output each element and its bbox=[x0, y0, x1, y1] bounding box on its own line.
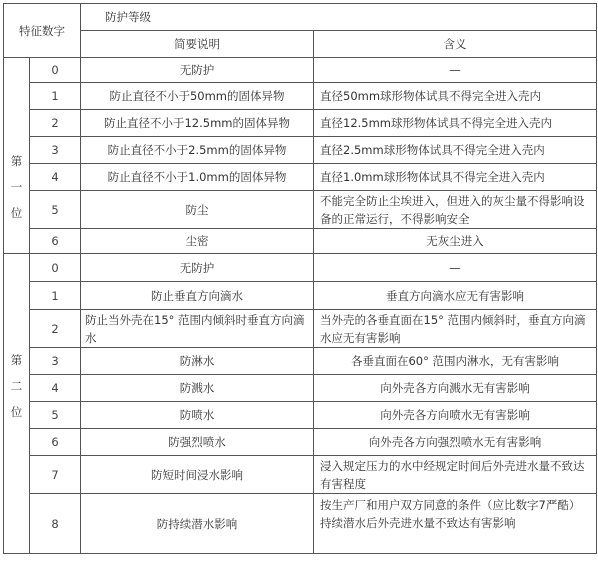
section-label-second-digit: 第 二 位 bbox=[4, 254, 30, 554]
meaning-cell: 向外壳各方向溅水无有害影响 bbox=[314, 375, 597, 402]
table-row: 3 防淋水 各垂直面在60° 范围内淋水，无有害影响 bbox=[4, 348, 597, 375]
table-row: 8 防持续潜水影响 按生产厂和用户双方同意的条件（应比数字7严酷）持续潜水后外壳… bbox=[4, 494, 597, 554]
digit-cell: 2 bbox=[30, 310, 81, 348]
section-label-char: 位 bbox=[4, 399, 29, 425]
brief-cell: 防强烈喷水 bbox=[81, 429, 314, 456]
brief-cell: 防止垂直方向滴水 bbox=[81, 282, 314, 310]
brief-cell: 防持续潜水影响 bbox=[81, 494, 314, 554]
brief-cell: 防淋水 bbox=[81, 348, 314, 375]
table-row: 2 防止当外壳在15° 范围内倾斜时垂直方向滴水 当外壳的各垂直面在15° 范围… bbox=[4, 310, 597, 348]
meaning-cell: 直径12.5mm球形物体试具不得完全进入壳内 bbox=[314, 110, 597, 137]
section-label-first-digit: 第 一 位 bbox=[4, 58, 30, 254]
meaning-cell: — bbox=[314, 254, 597, 282]
header-row-2: 简要说明 含义 bbox=[4, 31, 597, 58]
section-label-char: 第 bbox=[4, 148, 29, 174]
section-label-char: 一 bbox=[4, 174, 29, 200]
digit-cell: 0 bbox=[30, 58, 81, 83]
table-row: 第 一 位 0 无防护 — bbox=[4, 58, 597, 83]
meaning-cell: 按生产厂和用户双方同意的条件（应比数字7严酷）持续潜水后外壳进水量不致达有害影响 bbox=[314, 494, 597, 554]
digit-cell: 6 bbox=[30, 429, 81, 456]
brief-cell: 无防护 bbox=[81, 58, 314, 83]
section-label-char: 二 bbox=[4, 373, 29, 399]
digit-cell: 4 bbox=[30, 375, 81, 402]
table-row: 5 防喷水 向外壳各方向喷水无有害影响 bbox=[4, 402, 597, 429]
meaning-cell: — bbox=[314, 58, 597, 83]
table-row: 1 防止直径不小于50mm的固体异物 直径50mm球形物体试具不得完全进入壳内 bbox=[4, 83, 597, 110]
meaning-cell: 各垂直面在60° 范围内淋水，无有害影响 bbox=[314, 348, 597, 375]
meaning-cell: 垂直方向滴水应无有害影响 bbox=[314, 282, 597, 310]
header-row-1: 特征数字 防护等级 bbox=[4, 4, 597, 31]
brief-cell: 防止直径不小于1.0mm的固体异物 bbox=[81, 164, 314, 191]
table-row: 4 防溅水 向外壳各方向溅水无有害影响 bbox=[4, 375, 597, 402]
table-row: 第 二 位 0 无防护 — bbox=[4, 254, 597, 282]
brief-cell: 防喷水 bbox=[81, 402, 314, 429]
brief-cell: 防止直径不小于50mm的固体异物 bbox=[81, 83, 314, 110]
table-row: 7 防短时间浸水影响 浸入规定压力的水中经规定时间后外壳进水量不致达有害程度 bbox=[4, 456, 597, 494]
table-row: 6 防强烈喷水 向外壳各方向强烈喷水无有害影响 bbox=[4, 429, 597, 456]
brief-cell: 防尘 bbox=[81, 191, 314, 229]
digit-cell: 3 bbox=[30, 137, 81, 164]
section-label-char: 位 bbox=[4, 200, 29, 226]
table-row: 4 防止直径不小于1.0mm的固体异物 直径1.0mm球形物体试具不得完全进入壳… bbox=[4, 164, 597, 191]
meaning-cell: 浸入规定压力的水中经规定时间后外壳进水量不致达有害程度 bbox=[314, 456, 597, 494]
header-feature-digit: 特征数字 bbox=[4, 4, 81, 58]
digit-cell: 5 bbox=[30, 402, 81, 429]
digit-cell: 5 bbox=[30, 191, 81, 229]
section-label-char: 第 bbox=[4, 347, 29, 373]
digit-cell: 7 bbox=[30, 456, 81, 494]
digit-cell: 6 bbox=[30, 229, 81, 254]
table-row: 6 尘密 无灰尘进入 bbox=[4, 229, 597, 254]
brief-cell: 防止当外壳在15° 范围内倾斜时垂直方向滴水 bbox=[81, 310, 314, 348]
meaning-cell: 不能完全防止尘埃进入，但进入的灰尘量不得影响设备的正常运行，不得影响安全 bbox=[314, 191, 597, 229]
header-meaning: 含义 bbox=[314, 31, 597, 58]
brief-cell: 无防护 bbox=[81, 254, 314, 282]
meaning-cell: 当外壳的各垂直面在15° 范围内倾斜时，垂直方向滴水应无有害影响 bbox=[314, 310, 597, 348]
digit-cell: 3 bbox=[30, 348, 81, 375]
digit-cell: 1 bbox=[30, 83, 81, 110]
digit-cell: 0 bbox=[30, 254, 81, 282]
brief-cell: 尘密 bbox=[81, 229, 314, 254]
meaning-cell: 直径1.0mm球形物体试具不得完全进入壳内 bbox=[314, 164, 597, 191]
meaning-cell: 向外壳各方向喷水无有害影响 bbox=[314, 402, 597, 429]
meaning-cell: 向外壳各方向强烈喷水无有害影响 bbox=[314, 429, 597, 456]
ip-protection-table: 特征数字 防护等级 简要说明 含义 第 一 位 0 无防护 — 1 防止直径不小… bbox=[3, 3, 597, 554]
brief-cell: 防止直径不小于2.5mm的固体异物 bbox=[81, 137, 314, 164]
table-row: 3 防止直径不小于2.5mm的固体异物 直径2.5mm球形物体试具不得完全进入壳… bbox=[4, 137, 597, 164]
digit-cell: 2 bbox=[30, 110, 81, 137]
brief-cell: 防溅水 bbox=[81, 375, 314, 402]
table-row: 5 防尘 不能完全防止尘埃进入，但进入的灰尘量不得影响设备的正常运行，不得影响安… bbox=[4, 191, 597, 229]
digit-cell: 4 bbox=[30, 164, 81, 191]
table-row: 1 防止垂直方向滴水 垂直方向滴水应无有害影响 bbox=[4, 282, 597, 310]
table-row: 2 防止直径不小于12.5mm的固体异物 直径12.5mm球形物体试具不得完全进… bbox=[4, 110, 597, 137]
header-protection-level: 防护等级 bbox=[81, 4, 597, 31]
digit-cell: 8 bbox=[30, 494, 81, 554]
meaning-cell: 直径2.5mm球形物体试具不得完全进入壳内 bbox=[314, 137, 597, 164]
digit-cell: 1 bbox=[30, 282, 81, 310]
meaning-cell: 无灰尘进入 bbox=[314, 229, 597, 254]
meaning-cell: 直径50mm球形物体试具不得完全进入壳内 bbox=[314, 83, 597, 110]
brief-cell: 防止直径不小于12.5mm的固体异物 bbox=[81, 110, 314, 137]
header-brief-description: 简要说明 bbox=[81, 31, 314, 58]
brief-cell: 防短时间浸水影响 bbox=[81, 456, 314, 494]
